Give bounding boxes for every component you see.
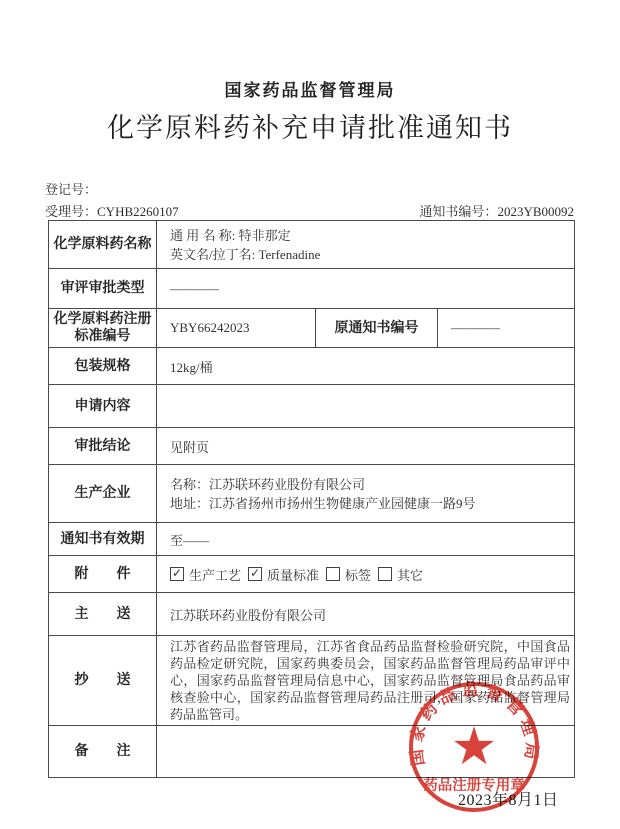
manufacturer-name-line: 名称：江苏联环药业股份有限公司 (170, 475, 570, 494)
checkbox-checked-icon: ✓ (170, 567, 184, 581)
drug-name-value: 通 用 名 称: 特非那定 英文名/拉丁名: Terfenadine (157, 221, 575, 269)
meta-row: 受理号：CYHB2260107 通知书编号：2023YB00092 (45, 201, 574, 220)
manufacturer-address-line: 地址：江苏省扬州市扬州生物健康产业园健康一路9号 (170, 494, 570, 513)
registration-number-line: 登记号： (45, 179, 97, 198)
issuing-agency: 国家药品监督管理局 (0, 76, 620, 101)
review-type-value: ———— (157, 269, 575, 309)
row-approval-conclusion: 审批结论 见附页 (49, 428, 575, 465)
validity-value: 至—— (157, 523, 575, 556)
english-name-line: 英文名/拉丁名: Terfenadine (170, 245, 570, 264)
manufacturer-label: 生产企业 (49, 465, 157, 523)
cc-label: 抄 送 (49, 636, 157, 726)
attachments-label: 附 件 (49, 556, 157, 593)
official-seal: 国家药品监督管理局 ★ 药品注册专用章 (404, 677, 544, 817)
generic-name-line: 通 用 名 称: 特非那定 (170, 226, 570, 245)
drug-name-label: 化学原料药名称 (49, 221, 157, 269)
row-attachments: 附 件 ✓ 生产工艺 ✓ 质量标准 标签 (49, 556, 575, 593)
row-main-recipient: 主 送 江苏联环药业股份有限公司 (49, 593, 575, 636)
application-content-value (157, 385, 575, 428)
validity-label: 通知书有效期 (49, 523, 157, 556)
original-notice-label: 原通知书编号 (316, 309, 438, 348)
checkbox-unchecked-icon (378, 567, 392, 581)
attachment-quality-standard: ✓ 质量标准 (248, 565, 319, 584)
row-drug-name: 化学原料药名称 通 用 名 称: 特非那定 英文名/拉丁名: Terfenadi… (49, 221, 575, 269)
approval-notice-document: 国家药品监督管理局 化学原料药补充申请批准通知书 登记号： 受理号：CYHB22… (0, 0, 620, 829)
review-type-label: 审评审批类型 (49, 269, 157, 309)
original-notice-value: ———— (438, 309, 575, 348)
attachments-value: ✓ 生产工艺 ✓ 质量标准 标签 其它 (157, 556, 575, 593)
row-package-spec: 包装规格 12kg/桶 (49, 348, 575, 385)
application-content-label: 申请内容 (49, 385, 157, 428)
row-registered-standard: 化学原料药注册 标准编号 YBY66242023 原通知书编号 ———— (49, 309, 575, 348)
registered-standard-value: YBY66242023 (157, 309, 316, 348)
row-manufacturer: 生产企业 名称：江苏联环药业股份有限公司 地址：江苏省扬州市扬州生物健康产业园健… (49, 465, 575, 523)
notice-number-value: 2023YB00092 (497, 204, 574, 219)
checkbox-unchecked-icon (326, 567, 340, 581)
approval-conclusion-value: 见附页 (157, 428, 575, 465)
acceptance-number: 受理号：CYHB2260107 (45, 201, 179, 220)
notice-number: 通知书编号：2023YB00092 (419, 201, 574, 220)
seal-caption: 药品注册专用章 (423, 776, 525, 794)
manufacturer-value: 名称：江苏联环药业股份有限公司 地址：江苏省扬州市扬州生物健康产业园健康一路9号 (157, 465, 575, 523)
acceptance-number-value: CYHB2260107 (97, 204, 179, 219)
star-icon: ★ (451, 719, 498, 776)
approval-conclusion-label: 审批结论 (49, 428, 157, 465)
checkbox-checked-icon: ✓ (248, 567, 262, 581)
registered-standard-label: 化学原料药注册 标准编号 (49, 309, 157, 348)
row-application-content: 申请内容 (49, 385, 575, 428)
remarks-label: 备 注 (49, 726, 157, 778)
attachment-label-option: 标签 (326, 565, 371, 584)
attachment-production-process: ✓ 生产工艺 (170, 565, 241, 584)
main-recipient-value: 江苏联环药业股份有限公司 (157, 593, 575, 636)
package-spec-label: 包装规格 (49, 348, 157, 385)
package-spec-value: 12kg/桶 (157, 348, 575, 385)
main-recipient-label: 主 送 (49, 593, 157, 636)
registration-number-label: 登记号： (45, 182, 97, 197)
attachment-other-option: 其它 (378, 565, 423, 584)
document-title: 化学原料药补充申请批准通知书 (0, 106, 620, 145)
row-validity: 通知书有效期 至—— (49, 523, 575, 556)
row-review-type: 审评审批类型 ———— (49, 269, 575, 309)
